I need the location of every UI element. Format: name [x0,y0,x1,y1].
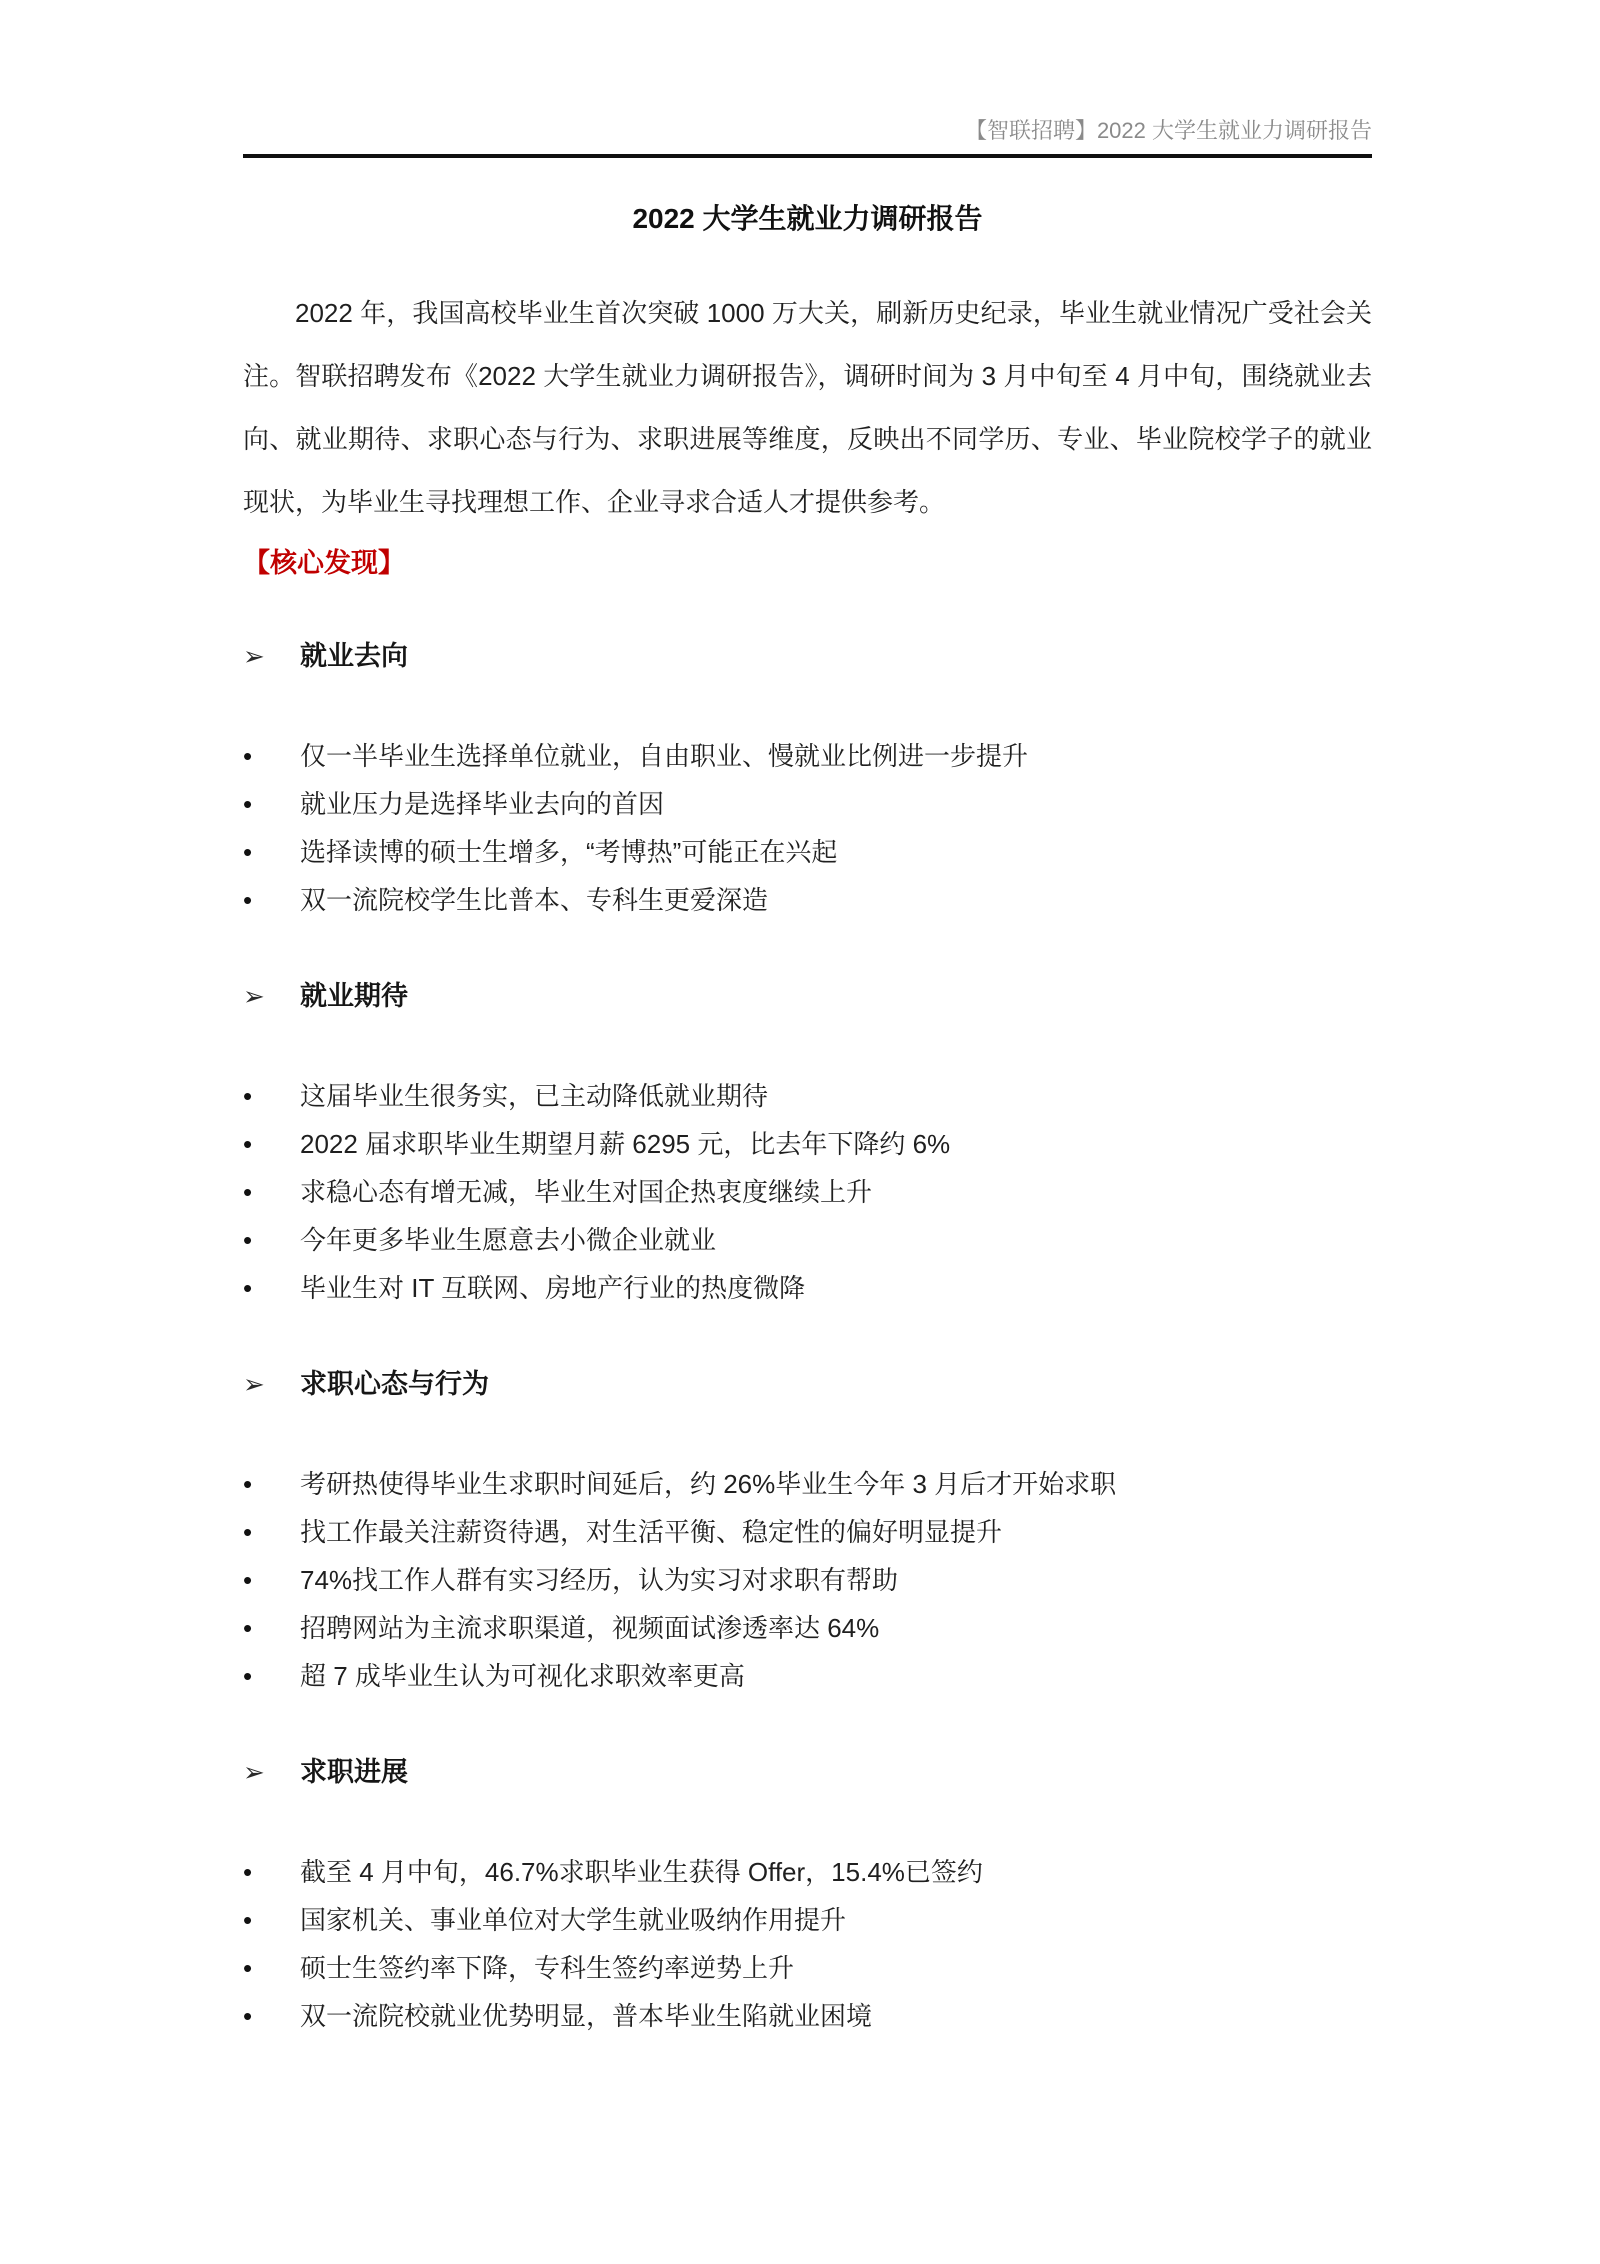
list-item-text: 超 7 成毕业生认为可视化求职效率更高 [300,1652,1372,1700]
dot-bullet-icon: • [243,1896,300,1944]
list-item: • 国家机关、事业单位对大学生就业吸纳作用提升 [243,1896,1372,1944]
list-item: • 双一流院校学生比普本、专科生更爱深造 [243,876,1372,924]
list-item-text: 2022 届求职毕业生期望月薪 6295 元，比去年下降约 6% [300,1120,1372,1168]
document-page: 【智联招聘】2022 大学生就业力调研报告 2022 大学生就业力调研报告 20… [0,0,1600,2264]
section-heading-text: 就业期待 [300,976,408,1016]
list-item-text: 求稳心态有增无减，毕业生对国企热衷度继续上升 [300,1168,1372,1216]
dot-bullet-icon: • [243,1604,300,1652]
section-heading-text: 就业去向 [300,636,408,676]
bullet-list: • 这届毕业生很务实，已主动降低就业期待 • 2022 届求职毕业生期望月薪 6… [243,1072,1372,1312]
list-item-text: 双一流院校学生比普本、专科生更爱深造 [300,876,1372,924]
list-item: • 选择读博的硕士生增多，“考博热”可能正在兴起 [243,828,1372,876]
intro-paragraph: 2022 年，我国高校毕业生首次突破 1000 万大关，刷新历史纪录，毕业生就业… [243,282,1372,534]
list-item-text: 仅一半毕业生选择单位就业，自由职业、慢就业比例进一步提升 [300,732,1372,780]
list-item: • 2022 届求职毕业生期望月薪 6295 元，比去年下降约 6% [243,1120,1372,1168]
dot-bullet-icon: • [243,1168,300,1216]
section-heading-text: 求职进展 [300,1752,408,1792]
list-item: • 找工作最关注薪资待遇，对生活平衡、稳定性的偏好明显提升 [243,1508,1372,1556]
arrow-bullet-icon: ➢ [243,636,300,676]
list-item: • 毕业生对 IT 互联网、房地产行业的热度微降 [243,1264,1372,1312]
dot-bullet-icon: • [243,1508,300,1556]
list-item-text: 截至 4 月中旬，46.7%求职毕业生获得 Offer，15.4%已签约 [300,1848,1372,1896]
list-item-text: 硕士生签约率下降，专科生签约率逆势上升 [300,1944,1372,1992]
list-item: • 就业压力是选择毕业去向的首因 [243,780,1372,828]
dot-bullet-icon: • [243,1120,300,1168]
list-item: • 截至 4 月中旬，46.7%求职毕业生获得 Offer，15.4%已签约 [243,1848,1372,1896]
list-item-text: 选择读博的硕士生增多，“考博热”可能正在兴起 [300,828,1372,876]
page-header: 【智联招聘】2022 大学生就业力调研报告 [243,0,1372,158]
dot-bullet-icon: • [243,1216,300,1264]
list-item: • 这届毕业生很务实，已主动降低就业期待 [243,1072,1372,1120]
list-item: • 仅一半毕业生选择单位就业，自由职业、慢就业比例进一步提升 [243,732,1372,780]
dot-bullet-icon: • [243,828,300,876]
dot-bullet-icon: • [243,1848,300,1896]
bullet-list: • 截至 4 月中旬，46.7%求职毕业生获得 Offer，15.4%已签约 •… [243,1848,1372,2040]
dot-bullet-icon: • [243,1944,300,1992]
dot-bullet-icon: • [243,1556,300,1604]
list-item: • 硕士生签约率下降，专科生签约率逆势上升 [243,1944,1372,1992]
section-heading-employment-expectation: ➢ 就业期待 [243,976,1372,1016]
arrow-bullet-icon: ➢ [243,1364,300,1404]
list-item-text: 双一流院校就业优势明显，普本毕业生陷就业困境 [300,1992,1372,2040]
dot-bullet-icon: • [243,1460,300,1508]
dot-bullet-icon: • [243,876,300,924]
dot-bullet-icon: • [243,1072,300,1120]
list-item-text: 今年更多毕业生愿意去小微企业就业 [300,1216,1372,1264]
arrow-bullet-icon: ➢ [243,976,300,1016]
list-item-text: 毕业生对 IT 互联网、房地产行业的热度微降 [300,1264,1372,1312]
section-heading-text: 求职心态与行为 [300,1364,489,1404]
list-item: • 74%找工作人群有实习经历，认为实习对求职有帮助 [243,1556,1372,1604]
list-item-text: 国家机关、事业单位对大学生就业吸纳作用提升 [300,1896,1372,1944]
list-item-text: 找工作最关注薪资待遇，对生活平衡、稳定性的偏好明显提升 [300,1508,1372,1556]
list-item-text: 这届毕业生很务实，已主动降低就业期待 [300,1072,1372,1120]
section-heading-job-search-mindset: ➢ 求职心态与行为 [243,1364,1372,1404]
section-heading-job-search-progress: ➢ 求职进展 [243,1752,1372,1792]
section-heading-employment-destination: ➢ 就业去向 [243,636,1372,676]
list-item-text: 考研热使得毕业生求职时间延后，约 26%毕业生今年 3 月后才开始求职 [300,1460,1372,1508]
list-item-text: 就业压力是选择毕业去向的首因 [300,780,1372,828]
list-item: • 双一流院校就业优势明显，普本毕业生陷就业困境 [243,1992,1372,2040]
list-item: • 考研热使得毕业生求职时间延后，约 26%毕业生今年 3 月后才开始求职 [243,1460,1372,1508]
dot-bullet-icon: • [243,1652,300,1700]
list-item: • 超 7 成毕业生认为可视化求职效率更高 [243,1652,1372,1700]
content-column: 【智联招聘】2022 大学生就业力调研报告 2022 大学生就业力调研报告 20… [243,0,1372,2040]
core-findings-label: 【核心发现】 [243,546,1372,580]
dot-bullet-icon: • [243,732,300,780]
bullet-list: • 考研热使得毕业生求职时间延后，约 26%毕业生今年 3 月后才开始求职 • … [243,1460,1372,1700]
page-header-text: 【智联招聘】2022 大学生就业力调研报告 [965,118,1372,143]
page-title: 2022 大学生就业力调研报告 [243,202,1372,236]
list-item: • 招聘网站为主流求职渠道，视频面试渗透率达 64% [243,1604,1372,1652]
dot-bullet-icon: • [243,780,300,828]
dot-bullet-icon: • [243,1992,300,2040]
list-item: • 今年更多毕业生愿意去小微企业就业 [243,1216,1372,1264]
dot-bullet-icon: • [243,1264,300,1312]
list-item-text: 招聘网站为主流求职渠道，视频面试渗透率达 64% [300,1604,1372,1652]
arrow-bullet-icon: ➢ [243,1752,300,1792]
list-item-text: 74%找工作人群有实习经历，认为实习对求职有帮助 [300,1556,1372,1604]
list-item: • 求稳心态有增无减，毕业生对国企热衷度继续上升 [243,1168,1372,1216]
bullet-list: • 仅一半毕业生选择单位就业，自由职业、慢就业比例进一步提升 • 就业压力是选择… [243,732,1372,924]
